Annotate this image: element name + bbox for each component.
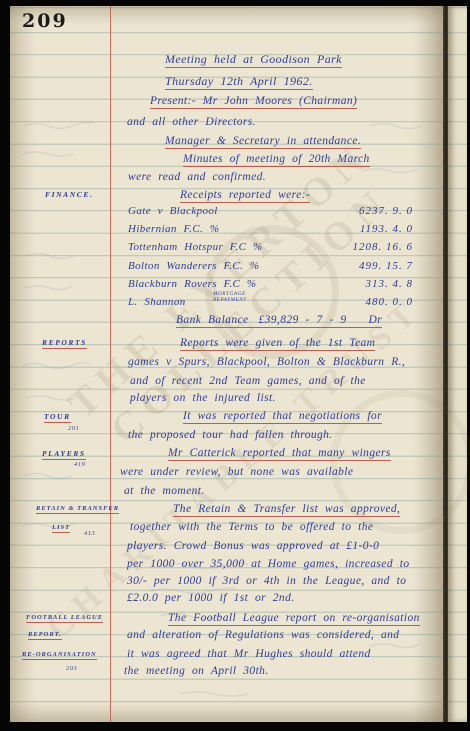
minute-line: Manager & Secretary in attendance.	[165, 135, 361, 148]
minute-line: the proposed tour had fallen through.	[128, 429, 333, 442]
minute-line: and all other Directors.	[127, 116, 256, 129]
minute-line: players. Crowd Bonus was approved at £1-…	[127, 540, 379, 553]
finance-row-desc: Bolton Wanderers F.C. %	[128, 260, 259, 272]
minute-line: games v Spurs, Blackpool, Bolton & Black…	[128, 356, 405, 369]
finance-row-desc: Tottenham Hotspur F.C %	[128, 241, 263, 253]
minute-line: The Football League report on re-organis…	[168, 612, 420, 625]
finance-row-amount: 480. 0. 0	[325, 296, 413, 308]
red-margin-rule	[110, 6, 111, 722]
margin-heading-reorganisation: RE-ORGANISATION	[22, 650, 97, 659]
minute-line: and of recent 2nd Team games, and of the	[130, 375, 366, 388]
mortgage-note: MORTGAGE REPAYMENT	[213, 291, 247, 303]
finance-row-amount: 313. 4. 8	[325, 278, 413, 290]
finance-row-amount: 1208. 16. 6	[325, 241, 413, 253]
margin-ref-number: 419	[74, 461, 85, 468]
margin-heading-retain-transfer-list: LIST	[52, 523, 70, 532]
next-page-edge	[448, 6, 467, 722]
margin-heading-finance: FINANCE.	[45, 190, 93, 199]
minute-line: Minutes of meeting of 20th March	[183, 153, 370, 166]
minute-line: the meeting on April 30th.	[124, 665, 269, 678]
finance-intro: Receipts reported were:-	[180, 189, 310, 202]
minute-line: The Retain & Transfer list was approved,	[173, 503, 400, 516]
minute-line: together with the Terms to be offered to…	[130, 521, 373, 534]
minute-line: Reports were given of the 1st Team	[180, 337, 375, 350]
margin-heading-football-league: FOOTBALL LEAGUE	[26, 613, 103, 622]
minute-line: Mr Catterick reported that many wingers	[168, 447, 391, 460]
margin-ref-number: 203	[66, 665, 77, 672]
minute-line: it was agreed that Mr Hughes should atte…	[127, 648, 371, 661]
finance-row-amount: 6237. 9. 0	[325, 205, 413, 217]
minute-line: Present:- Mr John Moores (Chairman)	[150, 95, 357, 108]
minute-heading-line: Meeting held at Goodison Park	[165, 53, 342, 66]
minute-line: £2.0.0 per 1000 if 1st or 2nd.	[127, 592, 295, 605]
minute-line: per 1000 over 35,000 at Home games, incr…	[127, 558, 409, 571]
margin-heading-tour: TOUR	[44, 412, 71, 421]
minute-line: at the moment.	[124, 485, 205, 498]
minute-line: and alteration of Regulations was consid…	[127, 629, 399, 642]
margin-heading-report: REPORT.	[28, 630, 62, 639]
minute-line: were under review, but none was availabl…	[120, 466, 353, 479]
finance-row-desc: Blackburn Rovers F.C %	[128, 278, 256, 290]
minute-line: 30/- per 1000 if 3rd or 4th in the Leagu…	[127, 575, 406, 588]
minute-line: It was reported that negotiations for	[183, 410, 382, 423]
minute-line: players on the injured list.	[130, 392, 276, 405]
margin-heading-players: PLAYERS	[42, 449, 86, 458]
finance-row-amount: 1193. 4. 0	[325, 223, 413, 235]
margin-ref-number: 201	[68, 425, 79, 432]
margin-heading-reports: REPORTS	[42, 338, 87, 347]
bank-balance-line: Bank Balance£39,829 - 7 - 9Dr	[176, 314, 382, 327]
finance-row-amount: 499. 15. 7	[325, 260, 413, 272]
margin-heading-retain-transfer: RETAIN & TRANSFER	[36, 504, 119, 513]
margin-ref-number: 413	[84, 530, 95, 537]
scanned-minute-book-page: THE EVERTON COLLECTION CHARITABLE TRUST …	[0, 0, 470, 731]
finance-row-desc: L. Shannon	[128, 296, 186, 308]
page-number: 209	[22, 10, 68, 32]
minute-heading-line: Thursday 12th April 1962.	[165, 75, 313, 88]
finance-row-desc: Hibernian F.C. %	[128, 223, 219, 235]
finance-row-desc: Gate v Blackpool	[128, 205, 218, 217]
minute-line: were read and confirmed.	[128, 171, 266, 184]
